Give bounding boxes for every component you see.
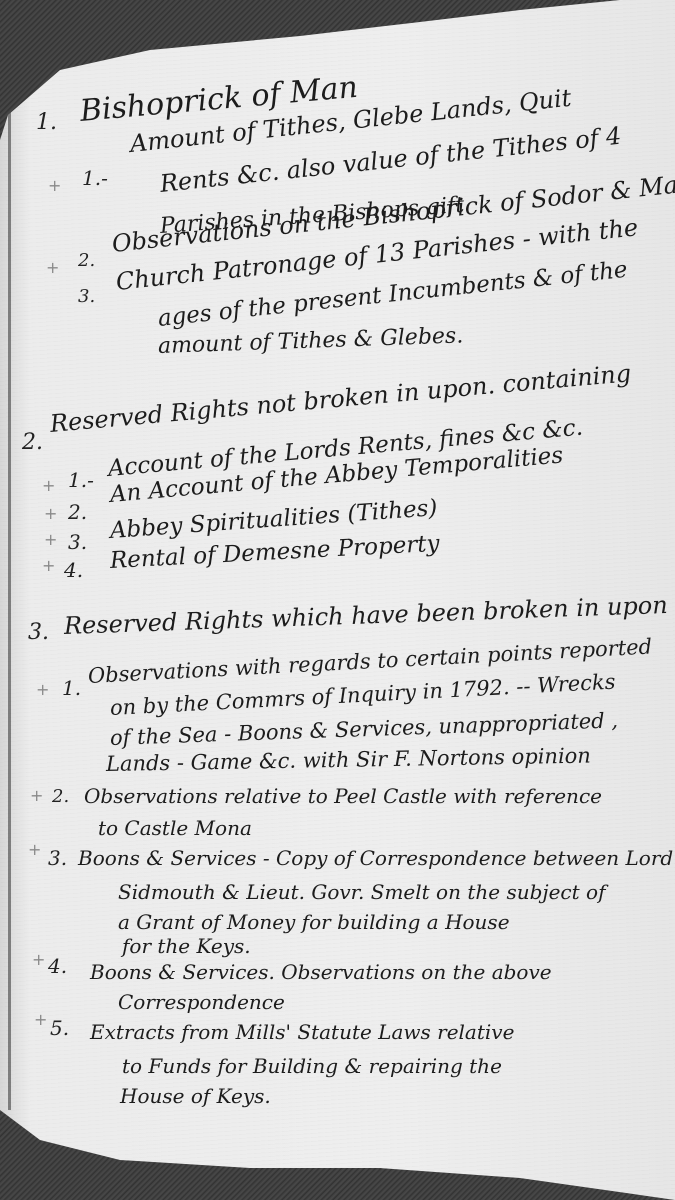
item-number: 5. xyxy=(50,1016,69,1040)
pencil-mark: + xyxy=(32,950,45,969)
section-2-number: 2. xyxy=(22,430,43,455)
page-binding-edge xyxy=(8,100,11,1110)
item-line: for the Keys. xyxy=(122,934,251,958)
item-number: 3. xyxy=(78,286,95,307)
item-line: to Funds for Building & repairing the xyxy=(122,1054,502,1078)
item-number: 1.- xyxy=(68,468,94,492)
item-line: Lands - Game &c. with Sir F. Nortons opi… xyxy=(106,744,591,776)
pencil-mark: + xyxy=(42,476,55,495)
pencil-mark: + xyxy=(46,258,59,277)
item-line: House of Keys. xyxy=(120,1084,271,1108)
item-number: 2. xyxy=(68,500,87,524)
item-line: Boons & Services. Observations on the ab… xyxy=(90,960,552,984)
item-line: to Castle Mona xyxy=(98,816,252,840)
pencil-mark: + xyxy=(42,556,55,575)
item-number: 1.- xyxy=(82,166,108,190)
item-number: 2. xyxy=(78,250,95,271)
pencil-mark: + xyxy=(28,840,41,859)
item-line: amount of Tithes & Glebes. xyxy=(158,323,464,359)
section-3-title: Reserved Rights which have been broken i… xyxy=(64,591,669,640)
item-number: 1. xyxy=(62,676,81,700)
item-line: Sidmouth & Lieut. Govr. Smelt on the sub… xyxy=(118,880,605,904)
pencil-mark: + xyxy=(44,504,57,523)
section-1-number: 1. xyxy=(36,110,57,135)
section-3-number: 3. xyxy=(28,620,49,645)
item-number: 2. xyxy=(52,786,69,807)
item-line: Correspondence xyxy=(118,990,285,1014)
pencil-mark: + xyxy=(34,1010,47,1029)
item-line: Extracts from Mills' Statute Laws relati… xyxy=(90,1020,514,1044)
pencil-mark: + xyxy=(36,680,49,699)
item-number: 4. xyxy=(64,558,83,582)
item-line: Boons & Services - Copy of Correspondenc… xyxy=(78,846,673,870)
pencil-mark: + xyxy=(30,786,43,805)
item-line: Observations relative to Peel Castle wit… xyxy=(84,784,602,808)
item-line: a Grant of Money for building a House xyxy=(118,910,510,934)
pencil-mark: + xyxy=(44,530,57,549)
manuscript-page: 1. Bishoprick of Man + 1.- Amount of Tit… xyxy=(0,0,675,1200)
item-number: 3. xyxy=(48,846,67,870)
item-number: 4. xyxy=(48,954,67,978)
pencil-mark: + xyxy=(48,176,61,195)
item-number: 3. xyxy=(68,530,87,554)
